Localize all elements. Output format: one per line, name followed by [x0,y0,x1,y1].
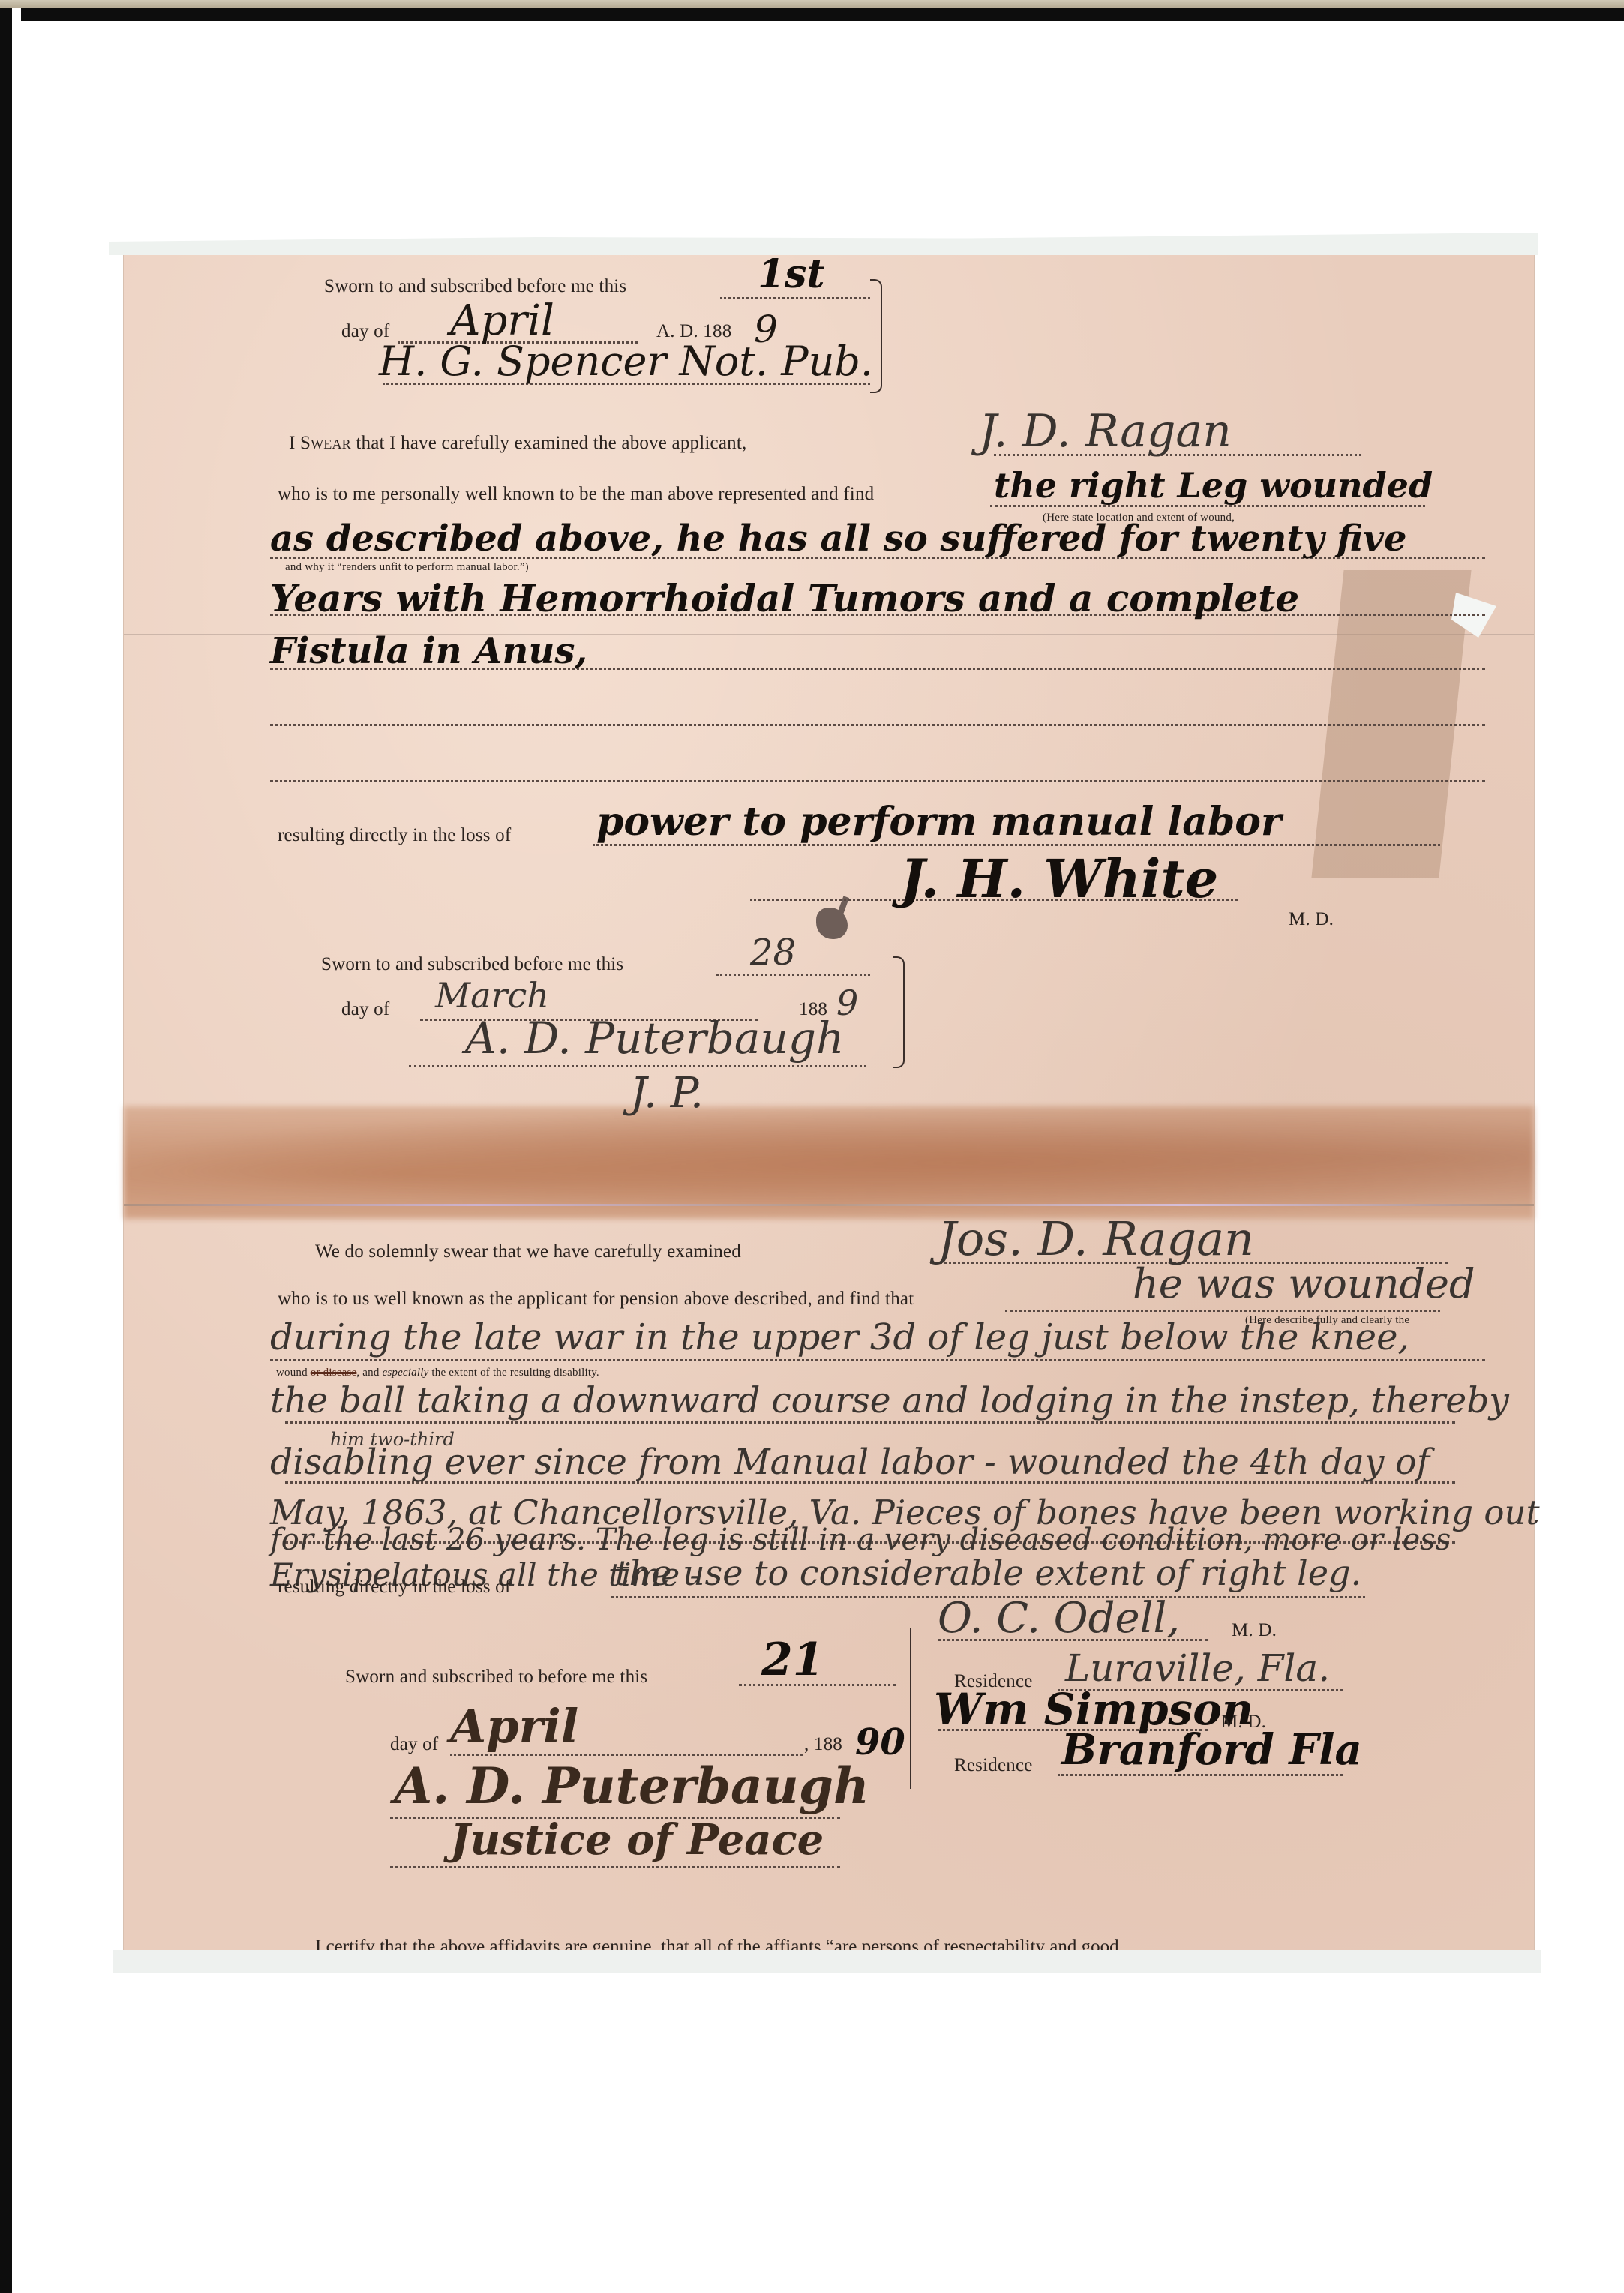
caption2-and: , and [356,1367,379,1379]
joint-printed-resulting: resulting directly in the loss of [278,1577,511,1598]
jurat2-day-line [716,974,870,976]
applicant-name-value: J. D. Ragan [979,405,1232,458]
caption2-wound: wound [276,1367,308,1379]
surgeon-printed-swear: I Swear that I have carefully examined t… [289,433,746,454]
surgeon-printed-md: M. D. [1289,909,1334,930]
scan-bottom-margin [113,1950,1541,1973]
jurat1-officer-signature: H. G. Spencer Not. Pub. [379,338,873,385]
joint-jurat-printed-year: , 188 [804,1734,842,1755]
joint-printed-swear: We do solemnly swear that we have carefu… [315,1241,741,1262]
water-stain-band [124,1106,1534,1219]
joint-jurat-printed-sworn: Sworn and subscribed to before me this [345,1667,647,1688]
residence2-label: Residence [954,1755,1033,1776]
surgeon-finding-line4: Fistula in Anus, [270,630,587,672]
scanner-left-edge [0,8,21,2293]
jurat2-bracket [893,956,905,1068]
surgeon-printed-known: who is to me personally well known to be… [278,484,874,505]
surgeon-finding-line1: the right Leg wounded [994,465,1433,506]
caption2-especially: especially [382,1367,428,1379]
joint-caption2: wound or disease, and especially the ext… [276,1367,599,1379]
joint-jurat-officer-title: Justice of Peace [450,1815,824,1865]
jurat1-bracket [870,279,882,393]
swear-prefix: I [289,433,296,453]
blank-line-5 [270,724,1485,726]
joint-jurat-title-line [390,1866,840,1868]
jurat1-printed-sworn: Sworn to and subscribed before me this [324,276,626,297]
fold-line [124,1204,1534,1206]
joint-finding-line4: disabling ever since from Manual labor -… [270,1442,1430,1483]
joint-jurat-officer-signature: A. D. Puterbaugh [394,1757,869,1815]
joint-finding-line1: he was wounded [1133,1260,1475,1307]
joint-finding-line3: the ball taking a downward course and lo… [270,1380,1509,1421]
swear-smallcaps: Swear [300,433,351,453]
joint-loss-value: the use to considerable extent of right … [615,1553,1361,1593]
affiant1-md: M. D. [1232,1620,1277,1641]
joint-finding2-line [270,1359,1485,1361]
joint-finding1-line [1005,1310,1440,1312]
jurat2-officer-title: J. P. [630,1069,704,1118]
surgeon-finding-line2: as described above, he has all so suffer… [270,518,1407,560]
affiant1-signature: O. C. Odell, [938,1594,1180,1643]
surgeon-signature: J. H. White [900,848,1218,910]
scan-top-edge [0,0,1624,8]
jurat2-printed-day-of: day of [341,999,389,1020]
jurat1-day-value: 1st [758,251,824,297]
joint-finding3-line [285,1421,1455,1424]
jurat2-printed-sworn: Sworn to and subscribed before me this [321,954,623,975]
jurat1-day-line [720,297,870,299]
joint-finding-line2: during the late war in the upper 3d of l… [270,1316,1409,1358]
joint-jurat-month-value: April [450,1699,578,1754]
joint-jurat-printed-day-of: day of [390,1734,438,1755]
jurat2-officer-signature: A. D. Puterbaugh [465,1013,844,1064]
blank-line-6 [270,780,1485,782]
surgeon-printed-resulting: resulting directly in the loss of [278,825,511,846]
affiant-column-divider [910,1628,911,1789]
surgeon-caption2: and why it “renders unfit to perform man… [285,561,529,574]
caption2-rest: the extent of the resulting disability. [431,1367,599,1379]
joint-printed-known: who is to us well known as the applicant… [278,1289,914,1310]
joint-jurat-month-line [450,1754,803,1756]
joint-jurat-day-value: 21 [761,1634,824,1686]
joint-applicant-name: Jos. D. Ragan [938,1211,1254,1266]
jurat2-month-value: March [435,975,549,1016]
jurat2-day-value: 28 [750,932,796,974]
scanner-bar [6,8,1624,21]
residence2-value: Branford Fla [1061,1725,1362,1775]
swear-rest: that I have carefully examined the above… [356,433,746,453]
caption2-struck-disease: or disease [311,1367,357,1379]
surgeon-finding-line3: Years with Hemorrhoidal Tumors and a com… [270,576,1299,620]
jurat2-signature-line [409,1065,866,1067]
surgeon-loss-value: power to perform manual labor [596,799,1281,845]
